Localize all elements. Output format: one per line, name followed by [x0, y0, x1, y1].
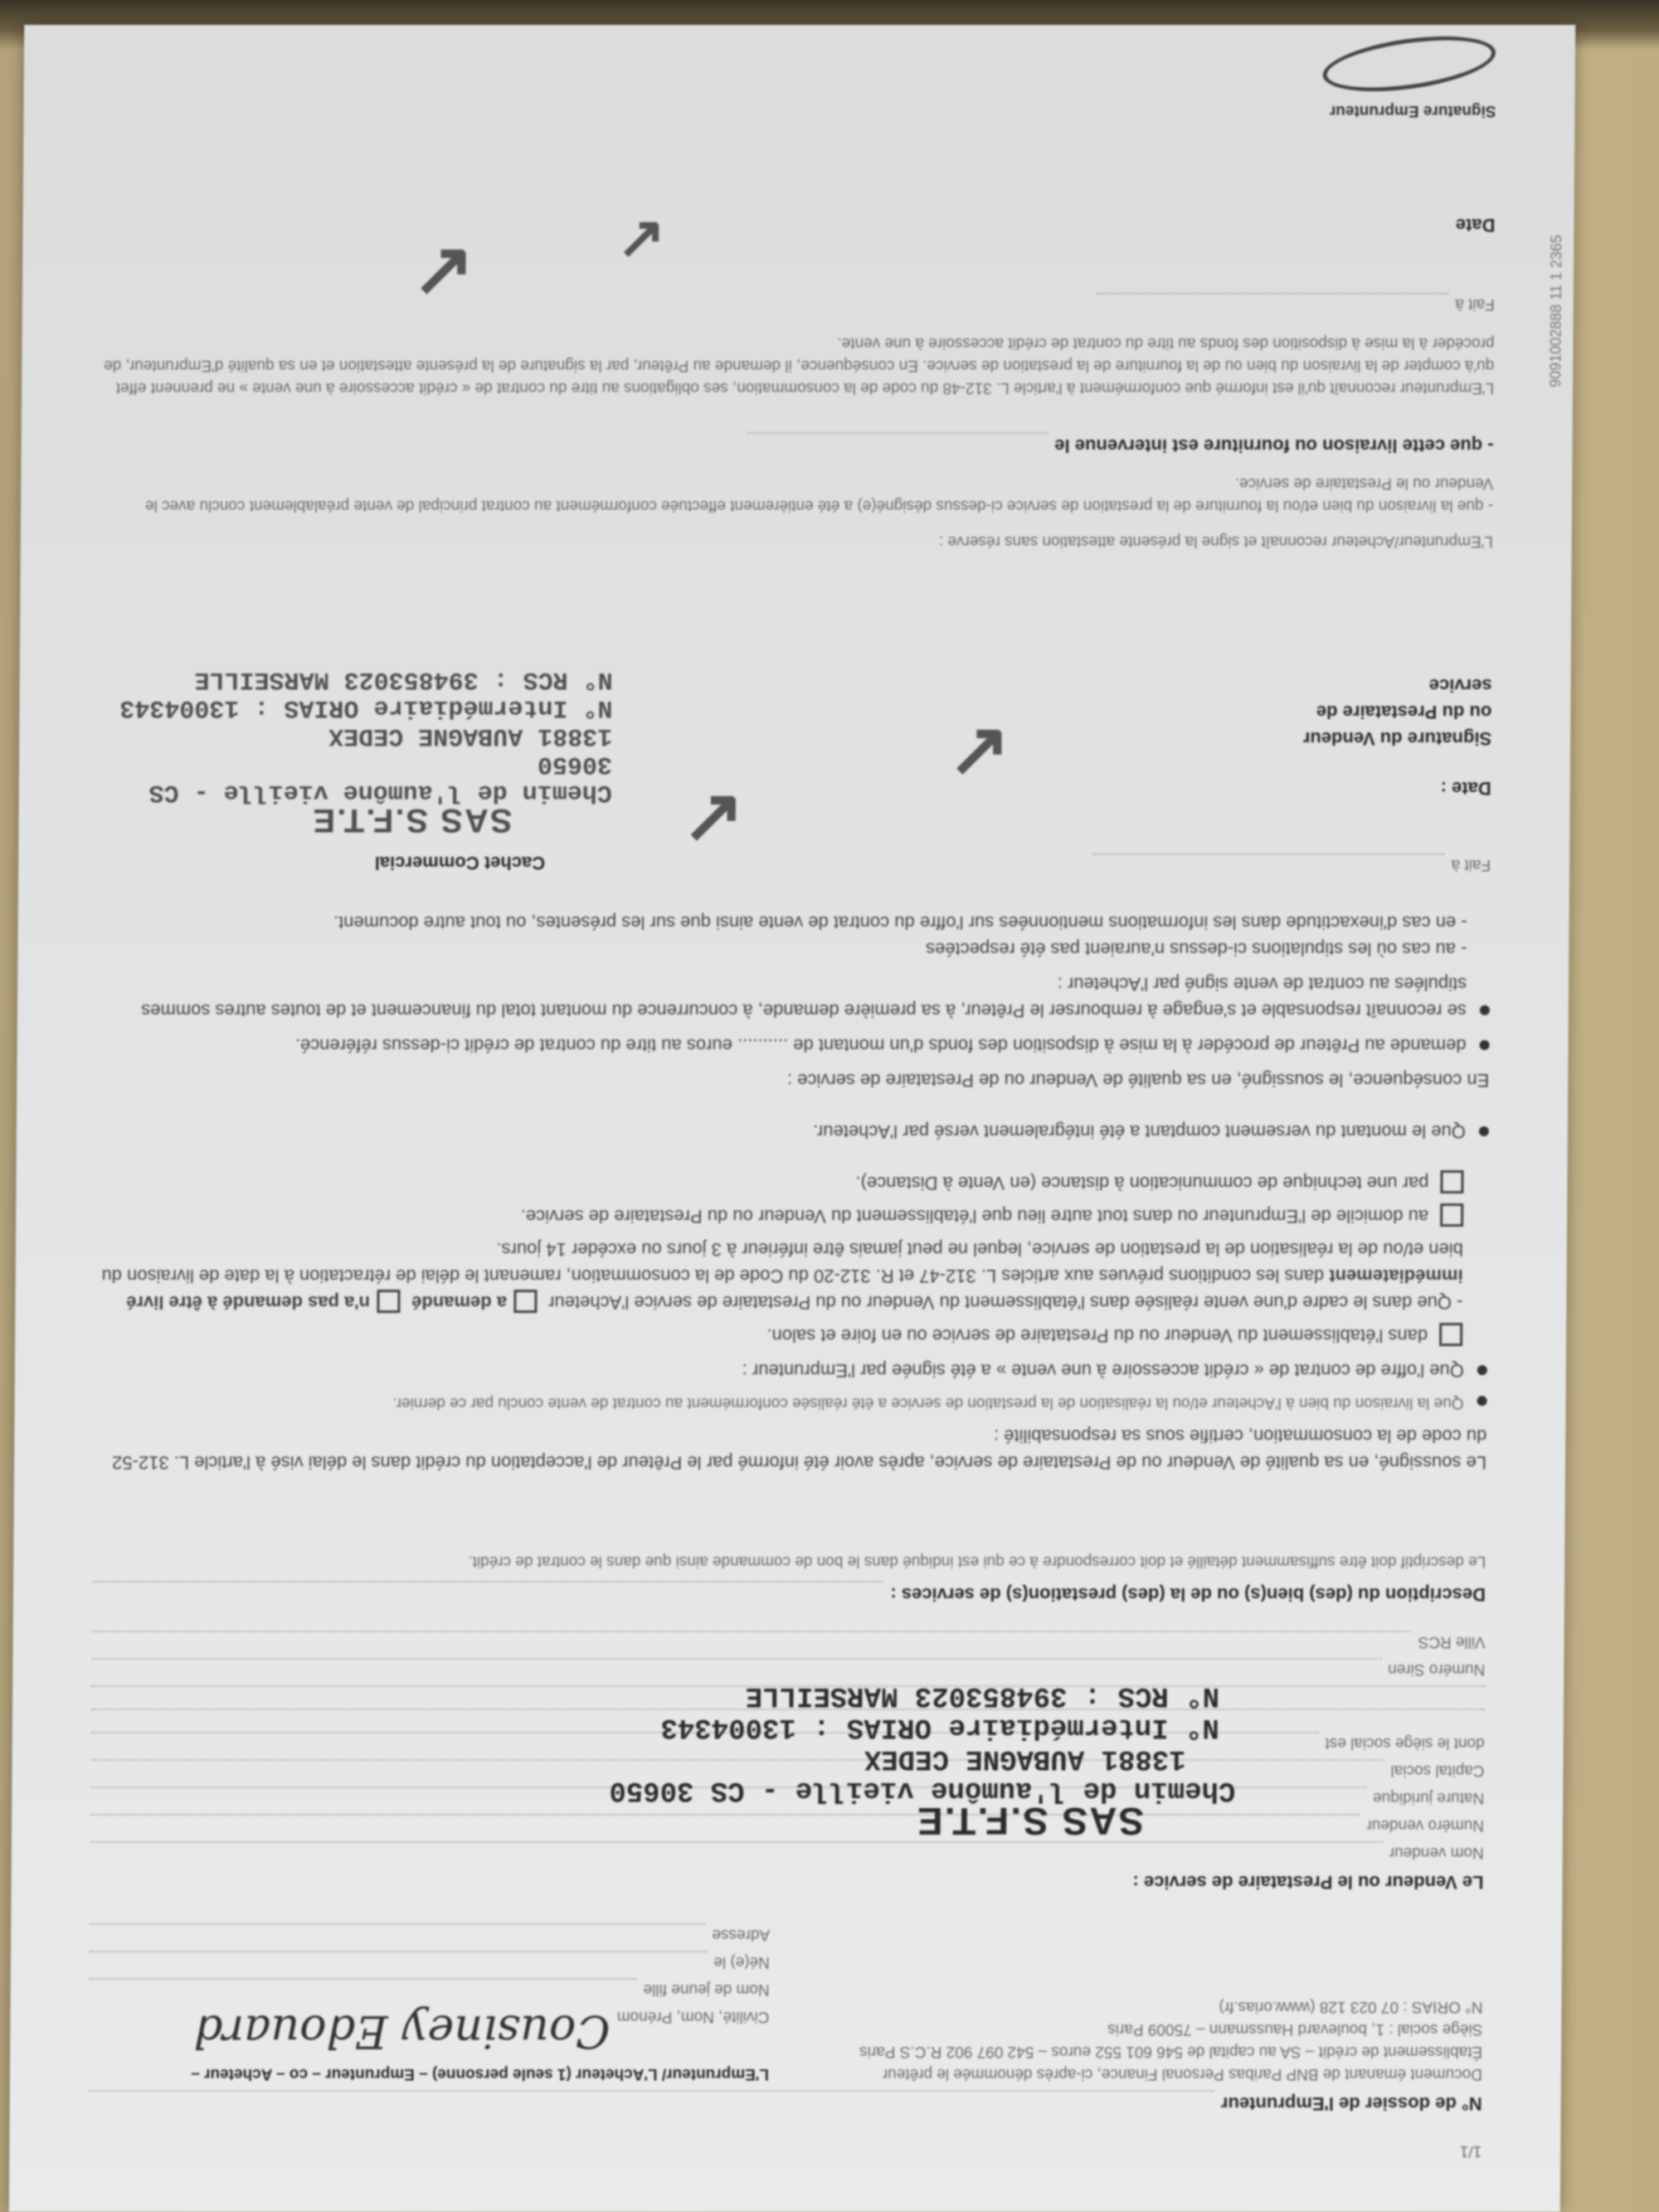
- stamp-city-line: 13881 AUBAGNE CEDEX: [98, 722, 612, 750]
- siren-label: Numéro Siren: [1388, 1658, 1485, 1680]
- description-title: Description du (des) bien(s) ou de la (d…: [890, 1581, 1486, 1607]
- checkbox-distance-row[interactable]: par une technique de communication à dis…: [95, 1169, 1463, 1196]
- description-note: Le descriptif doit être suffisamment dét…: [92, 1550, 1486, 1573]
- lender-address: Siège social : 1, boulevard Haussmann – …: [802, 2018, 1482, 2040]
- vendor-date-label: Date :: [1441, 775, 1491, 801]
- arrow-icon: ↗: [947, 706, 1010, 793]
- attestation-point-2: - que cette livraison ou fourniture est …: [1054, 432, 1494, 459]
- bullet-icon: [1479, 1126, 1489, 1136]
- checkbox-requested[interactable]: [513, 1290, 537, 1313]
- checkbox-not-requested[interactable]: [377, 1290, 400, 1313]
- civility-label: Civilité, Nom, Prénom: [617, 2005, 770, 2028]
- bullet-request-funds: demande au Prêteur de procéder à la mise…: [96, 1032, 1490, 1058]
- siren-field[interactable]: [91, 1658, 1381, 1676]
- checkbox-distance[interactable]: [1440, 1170, 1463, 1194]
- borrower-signature-label: Signature Emprunteur: [1330, 100, 1496, 122]
- legal-nature-label: Nature juridique: [1373, 1787, 1484, 1809]
- borrower-done-at-label: Fait à: [1455, 293, 1495, 315]
- birth-label: Né(e) le: [713, 1951, 770, 1973]
- bullet-icon: [1480, 1040, 1490, 1050]
- borrower-date-label: Date: [1456, 211, 1496, 238]
- bullet-responsible: se reconnaît responsable et s'engage à r…: [96, 970, 1490, 1023]
- immediate-text: - Que dans le cadre d'une vente réalisée…: [548, 1292, 1462, 1313]
- checkbox-home-row[interactable]: au domicile de l'Emprunteur ou dans tout…: [95, 1203, 1463, 1229]
- page-label: 1/1: [88, 2140, 1481, 2162]
- stamp-rcs-line: N° RCS : 394853023 MARSEILLE: [610, 1680, 1236, 1711]
- delivery-date-field[interactable]: [747, 432, 1048, 450]
- stamp-orias-line: N° Intermédiaire ORIAS : 13004343: [98, 693, 612, 722]
- checkbox-store-row[interactable]: dans l'établissement du Vendeur ou du Pr…: [94, 1322, 1462, 1349]
- borrower-signature[interactable]: [1320, 27, 1499, 101]
- bullet-text: Que l'offre de contrat de « crédit acces…: [742, 1357, 1464, 1383]
- rcs-city-field[interactable]: [92, 1631, 1412, 1649]
- immediate-delivery-block: - Que dans le cadre d'une vente réalisée…: [94, 1236, 1463, 1315]
- vendor-title: Le Vendeur ou le Prestataire de service …: [90, 1869, 1483, 1895]
- stamp-address-line: Chemin de l'aumône vieille - CS 30650: [98, 750, 612, 806]
- immediate-rest: dans les conditions prévues aux articles…: [101, 1239, 1463, 1286]
- lender-text: Document émanant de BNP Paribas Personal…: [802, 2063, 1482, 2085]
- borrower-label: L'Emprunteur/ L'Acheteur (1 seule person…: [89, 2063, 769, 2085]
- vendor-signature-label: Signature du Vendeur ou du Prestataire d…: [1276, 672, 1492, 751]
- document-sheet: 1/1 N° de dossier de l'Emprunteur Docume…: [9, 25, 1575, 2212]
- bullet-icon: [1477, 1396, 1487, 1406]
- address-field[interactable]: [90, 1923, 705, 1942]
- bullet-offer: Que l'offre de contrat de « crédit acces…: [94, 1357, 1487, 1383]
- stamp-rcs-line: N° RCS : 394853023 MARSEILLE: [99, 665, 613, 693]
- capital-label: Capital social: [1390, 1759, 1484, 1782]
- stamp-label: Cachet Commercial: [375, 849, 546, 876]
- certification-section: Le soussigné, en sa qualité de Vendeur o…: [93, 909, 1491, 1475]
- stamp-orias-line: N° Intermédiaire ORIAS : 13004343: [610, 1711, 1236, 1743]
- lender-details: Établissement de crédit – SA au capital …: [802, 2040, 1482, 2063]
- address-label: Adresse: [712, 1923, 770, 1946]
- vendor-name-field[interactable]: [90, 1841, 1383, 1860]
- vendor-stamp: SAS S.F.T.E Chemin de l'aumône vieille -…: [609, 1680, 1236, 1837]
- borrower-info: L'Emprunteur/ L'Acheteur (1 seule person…: [89, 1918, 770, 2085]
- stamp-company-name: SAS S.F.T.E: [97, 806, 611, 834]
- bullet-text: Que la livraison du bien à l'Acheteur et…: [392, 1392, 1463, 1414]
- handwritten-name[interactable]: Cousiney Edouard: [194, 2005, 611, 2058]
- option-not-requested-label: n'a pas demandé: [222, 1292, 370, 1313]
- case-1: - au cas où les stipulations ci-dessus n…: [96, 936, 1467, 962]
- bullet-text: se reconnaît responsable et s'engage à r…: [96, 970, 1467, 1023]
- option-requested-label: a demandé: [411, 1292, 507, 1313]
- attestation-intro: L'Emprunteur/Acheteur reconnaît et signe…: [100, 530, 1493, 552]
- borrower-attestation-section: L'Emprunteur/Acheteur reconnaît et signe…: [100, 39, 1496, 552]
- description-section: Description du (des) bien(s) ou de la (d…: [92, 1550, 1486, 1607]
- stamp-company-name: SAS S.F.T.E: [609, 1806, 1235, 1837]
- lender-orias: N° ORIAS : 07 023 128 (www.orias.fr): [802, 1996, 1482, 2018]
- consequence-text: En conséquence, le soussigné, en sa qual…: [95, 1067, 1489, 1093]
- vendor-done-at-field[interactable]: [1092, 853, 1445, 872]
- arrow-icon: ↗: [682, 772, 745, 859]
- birth-field[interactable]: [90, 1951, 708, 1969]
- arrow-icon: ↗: [616, 203, 665, 271]
- checkbox-store-label: dans l'établissement du Vendeur ou du Pr…: [766, 1322, 1428, 1349]
- checkbox-distance-label: par une technique de communication à dis…: [855, 1169, 1428, 1196]
- bullet-text: demande au Prêteur de procéder à la mise…: [295, 1032, 1467, 1058]
- description-field[interactable]: [92, 1581, 884, 1599]
- attestation-legal: L'Emprunteur reconnaît qu'il est informé…: [100, 332, 1495, 399]
- stamp-address-line: Chemin de l'aumône vieille - CS 30650: [609, 1774, 1235, 1806]
- margin-code: 9091002888 11 1 2365: [1547, 235, 1565, 387]
- certification-intro: Le soussigné, en sa qualité de Vendeur o…: [93, 1422, 1486, 1475]
- attestation-point-1: - que la livraison du bien et/ou la four…: [100, 472, 1493, 517]
- borrower-section: N° de dossier de l'Emprunteur Document é…: [89, 1918, 1484, 2117]
- bullet-icon: [1477, 1365, 1487, 1375]
- bullet-delivery: Que la livraison du bien à l'Acheteur et…: [94, 1392, 1487, 1414]
- checkbox-home-label: au domicile de l'Emprunteur ou dans tout…: [521, 1203, 1429, 1229]
- head-office-label: dont le siège social est: [1325, 1732, 1484, 1754]
- checkbox-home[interactable]: [1440, 1203, 1463, 1227]
- dossier-label: N° de dossier de l'Emprunteur: [1221, 2090, 1482, 2117]
- case-2: - en cas d'inexactitude dans les informa…: [97, 909, 1467, 936]
- lender-info: Document émanant de BNP Paribas Personal…: [802, 1918, 1483, 2085]
- stamp-city-line: 13881 AUBAGNE CEDEX: [610, 1743, 1236, 1774]
- vendor-name-label: Nom vendeur: [1389, 1841, 1484, 1864]
- vendor-done-at-label: Fait à: [1452, 853, 1491, 876]
- bullet-payment: Que le montant du versement comptant a é…: [95, 1118, 1489, 1145]
- dossier-field[interactable]: [89, 2090, 1214, 2108]
- maiden-name-label: Nom de jeune fille: [643, 1978, 769, 2001]
- bullet-text: Que le montant du versement comptant a é…: [813, 1118, 1466, 1145]
- rcs-city-label: Ville RCS: [1418, 1631, 1486, 1653]
- vendor-signature-section: Fait à Cachet Commercial Date : Signatur…: [97, 602, 1492, 876]
- arrow-icon: ↗: [411, 226, 474, 313]
- maiden-name-field[interactable]: [90, 1978, 637, 1996]
- checkbox-store[interactable]: [1439, 1323, 1462, 1346]
- vendor-number-label: Numéro vendeur: [1366, 1814, 1484, 1836]
- vendor-section: Le Vendeur ou le Prestataire de service …: [90, 1631, 1485, 1895]
- borrower-done-at-field[interactable]: [1097, 293, 1449, 311]
- bullet-icon: [1480, 1005, 1490, 1015]
- vendor-stamp-2: SAS S.F.T.E Chemin de l'aumône vieille -…: [97, 665, 612, 834]
